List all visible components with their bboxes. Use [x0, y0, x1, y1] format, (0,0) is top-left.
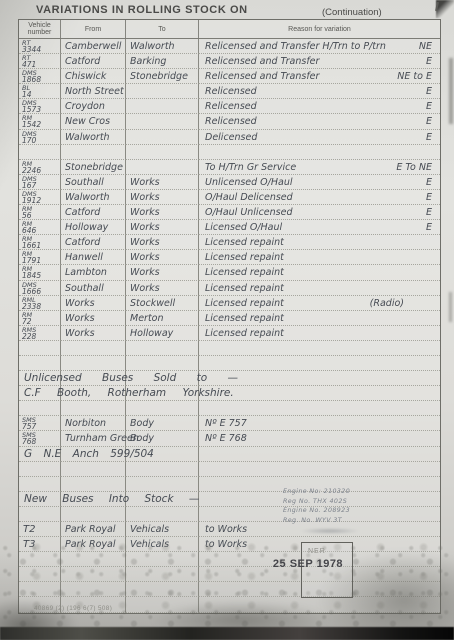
from-text: Southall	[61, 175, 125, 190]
from-text: Catford	[61, 54, 125, 69]
to-cell: Works	[126, 190, 199, 205]
from-text: Camberwell	[61, 39, 125, 54]
reason-text: Unlicensed O/Haul	[199, 175, 440, 190]
reason-text: Relicensed and Transfer H/Trn to P/trn	[199, 39, 440, 54]
to-cell: Barking	[126, 54, 199, 69]
from-cell: Catford	[61, 205, 126, 220]
table-row: DMS167SouthallWorksUnlicensed O/HaulE	[19, 175, 440, 190]
vehicle-cell	[19, 507, 61, 522]
vehicle-cell: SMS757	[19, 416, 61, 431]
reason-text: Relicensed	[199, 114, 440, 129]
operator-code-tag: E	[426, 130, 432, 145]
from-cell: Lambton	[61, 265, 126, 280]
vehicle-number: 167	[19, 182, 60, 190]
to-text: Walworth	[126, 39, 198, 54]
reason-cell	[199, 145, 440, 160]
vehicle-number: 1868	[19, 76, 60, 84]
vehicle-number: 646	[19, 227, 60, 235]
from-cell	[61, 462, 126, 477]
page-title: VARIATIONS IN ROLLING STOCK ON	[36, 4, 248, 16]
vehicle-cell: DMS1666	[19, 281, 61, 296]
table-row: DMS170WalworthDelicensedE	[19, 130, 440, 145]
reason-text: Licensed repaint	[199, 250, 440, 265]
from-text: Southall	[61, 281, 125, 296]
vehicle-number: 757	[19, 423, 60, 431]
vehicle-cell	[19, 145, 61, 160]
engine-no-annotation: Engine No: 210320	[283, 487, 350, 497]
vehicle-number: T2	[19, 522, 60, 537]
vehicle-cell: RM1542	[19, 114, 61, 129]
table-row: RT471CatfordBarkingRelicensed and Transf…	[19, 54, 440, 69]
to-cell	[126, 401, 199, 416]
table-row: RM56CatfordWorksO/Haul UnlicensedE	[19, 205, 440, 220]
engine-no-annotation: Engine No. 208923	[283, 506, 350, 516]
reason-cell	[199, 341, 440, 356]
reason-text: Licensed repaint	[199, 311, 440, 326]
from-text: Norbiton	[61, 416, 125, 431]
operator-code-tag: E	[426, 220, 432, 235]
reason-cell: Licensed repaint	[199, 235, 440, 250]
to-text: Works	[126, 220, 198, 235]
form-print-code: 40869 (2) (196 6(7) 508)	[34, 605, 112, 612]
to-text: Body	[126, 416, 198, 431]
from-cell: Walworth	[61, 190, 126, 205]
scan-streak-right-edge	[449, 58, 453, 124]
reg-no-annotation: Reg No. THX 402S	[283, 497, 350, 507]
table-row: RM646HollowayWorksLicensed O/HaulE	[19, 220, 440, 235]
from-cell: Catford	[61, 54, 126, 69]
rolling-stock-table: Vehicle number From To Reason for variat…	[18, 19, 441, 614]
to-text: Holloway	[126, 326, 198, 341]
vehicle-number: 72	[19, 318, 60, 326]
vehicle-number: 1791	[19, 257, 60, 265]
from-cell	[61, 145, 126, 160]
vehicle-number: 56	[19, 212, 60, 220]
reason-cell: Licensed repaint	[199, 326, 440, 341]
reason-cell	[199, 462, 440, 477]
scan-streak-right-edge	[449, 292, 452, 322]
table-row: RM2246StonebridgeTo H/Trn Gr ServiceE To…	[19, 160, 440, 175]
from-cell: Park Royal	[61, 522, 126, 537]
from-cell	[61, 341, 126, 356]
vehicle-number: 3344	[19, 46, 60, 54]
from-cell: Southall	[61, 281, 126, 296]
from-cell	[61, 507, 126, 522]
reason-text: Relicensed	[199, 99, 440, 114]
vehicle-cell	[19, 401, 61, 416]
to-text: Body	[126, 431, 198, 446]
from-text: Works	[61, 296, 125, 311]
table-row: DMS1666SouthallWorksLicensed repaint	[19, 281, 440, 296]
operator-code-tag: E	[426, 190, 432, 205]
vehicle-number: 1542	[19, 121, 60, 129]
vehicle-number: 1912	[19, 197, 60, 205]
from-cell: Catford	[61, 235, 126, 250]
vehicle-number: 228	[19, 333, 60, 341]
to-text: Works	[126, 190, 198, 205]
to-cell: Works	[126, 235, 199, 250]
table-row: RMS228WorksHollowayLicensed repaint	[19, 326, 440, 341]
to-text: Stonebridge	[126, 69, 198, 84]
operator-code-tag: E	[426, 205, 432, 220]
reason-cell: Licensed repaint	[199, 281, 440, 296]
table-body: RT3344CamberwellWalworthRelicensed and T…	[19, 39, 440, 613]
from-text: Walworth	[61, 130, 125, 145]
reason-cell: DelicensedE	[199, 130, 440, 145]
from-cell: Walworth	[61, 130, 126, 145]
to-cell	[126, 356, 199, 371]
vehicle-cell: DMS170	[19, 130, 61, 145]
table-row	[19, 145, 440, 160]
spanning-note-text: C.F Booth, Rotherham Yorkshire.	[24, 386, 234, 401]
from-cell: Turnham Green	[61, 431, 126, 446]
header-to: To	[126, 20, 199, 38]
to-cell: Vehicals	[126, 522, 199, 537]
faint-scribble-mark	[300, 528, 360, 534]
from-text: Catford	[61, 235, 125, 250]
vehicle-cell: T2	[19, 522, 61, 537]
vehicle-cell: RT471	[19, 54, 61, 69]
from-cell: Norbiton	[61, 416, 126, 431]
table-row	[19, 356, 440, 371]
from-cell: Works	[61, 326, 126, 341]
reason-cell: To H/Trn Gr ServiceE To NE	[199, 160, 440, 175]
vehicle-number: 1573	[19, 106, 60, 114]
vehicle-number: 2246	[19, 167, 60, 175]
table-row: RM1791HanwellWorksLicensed repaint	[19, 250, 440, 265]
reason-cell: Relicensed and TransferNE to E	[199, 69, 440, 84]
spanning-note-text: G N.E Anch 599/504	[24, 447, 154, 462]
from-cell: Works	[61, 296, 126, 311]
from-text: Holloway	[61, 220, 125, 235]
vehicle-cell: DMS1868	[19, 69, 61, 84]
table-row	[19, 341, 440, 356]
spanning-note-text: Unlicensed Buses Sold to —	[24, 371, 238, 386]
from-text: Hanwell	[61, 250, 125, 265]
from-cell	[61, 401, 126, 416]
table-row: RM1661CatfordWorksLicensed repaint	[19, 235, 440, 250]
table-row: DMS1912WalworthWorksO/Haul DelicensedE	[19, 190, 440, 205]
from-cell: Camberwell	[61, 39, 126, 54]
vehicle-cell: SMS768	[19, 431, 61, 446]
reason-cell: O/Haul DelicensedE	[199, 190, 440, 205]
operator-code-tag: E	[426, 54, 432, 69]
vehicle-cell: RM1661	[19, 235, 61, 250]
vehicle-number: 1845	[19, 272, 60, 280]
vehicle-cell: RMS228	[19, 326, 61, 341]
to-cell: Body	[126, 416, 199, 431]
to-cell: Body	[126, 431, 199, 446]
from-cell: North Street	[61, 84, 126, 99]
table-row: New Buses Into Stock —	[19, 492, 440, 507]
vehicle-cell: DMS1912	[19, 190, 61, 205]
table-row: C.F Booth, Rotherham Yorkshire.	[19, 386, 440, 401]
to-text: Works	[126, 281, 198, 296]
from-cell: Croydon	[61, 99, 126, 114]
to-cell: Stockwell	[126, 296, 199, 311]
reason-cell: RelicensedE	[199, 84, 440, 99]
from-cell: Holloway	[61, 220, 126, 235]
to-cell	[126, 160, 199, 175]
engine-reg-annotations: Engine No: 210320 Reg No. THX 402S Engin…	[283, 487, 350, 525]
reason-cell: Licensed repaint(Radio)	[199, 296, 440, 311]
reason-cell: Nº E 768	[199, 431, 440, 446]
reason-cell	[199, 447, 440, 462]
operator-code-tag: NE to E	[397, 69, 432, 84]
to-text: Works	[126, 265, 198, 280]
from-text: Works	[61, 311, 125, 326]
vehicle-cell	[19, 341, 61, 356]
reason-text: Licensed repaint	[199, 281, 440, 296]
vehicle-cell: RT3344	[19, 39, 61, 54]
to-cell	[126, 341, 199, 356]
vehicle-cell: RM646	[19, 220, 61, 235]
to-text: Works	[126, 175, 198, 190]
from-cell: Chiswick	[61, 69, 126, 84]
vehicle-cell: RML2338	[19, 296, 61, 311]
reason-text: Relicensed and Transfer	[199, 54, 440, 69]
reason-cell	[199, 356, 440, 371]
vehicle-cell: DMS167	[19, 175, 61, 190]
vehicle-number: 1661	[19, 242, 60, 250]
header-reason: Reason for variation	[199, 20, 440, 38]
reason-cell: Unlicensed O/HaulE	[199, 175, 440, 190]
table-row: DMS1573CroydonRelicensedE	[19, 99, 440, 114]
reason-cell	[199, 401, 440, 416]
reason-cell: Licensed O/HaulE	[199, 220, 440, 235]
operator-code-tag: E To NE	[396, 160, 432, 175]
reason-text: Relicensed	[199, 84, 440, 99]
reason-cell: Relicensed and Transfer H/Trn to P/trnNE	[199, 39, 440, 54]
table-row: T2Park RoyalVehicalsto Works	[19, 522, 440, 537]
operator-code-tag: E	[426, 99, 432, 114]
reason-text: O/Haul Unlicensed	[199, 205, 440, 220]
table-row	[19, 462, 440, 477]
from-cell	[61, 356, 126, 371]
from-text: Lambton	[61, 265, 125, 280]
table-header-row: Vehicle number From To Reason for variat…	[19, 20, 440, 39]
continuation-label: (Continuation)	[322, 7, 382, 18]
to-text: Vehicals	[126, 522, 198, 537]
to-text: Works	[126, 250, 198, 265]
from-text: Croydon	[61, 99, 125, 114]
from-cell: Hanwell	[61, 250, 126, 265]
reason-cell: RelicensedE	[199, 99, 440, 114]
table-row	[19, 401, 440, 416]
header-from: From	[61, 20, 126, 38]
table-row: SMS757NorbitonBodyNº E 757	[19, 416, 440, 431]
table-row: RML2338WorksStockwellLicensed repaint(Ra…	[19, 296, 440, 311]
to-cell: Works	[126, 265, 199, 280]
to-cell: Works	[126, 250, 199, 265]
table-row	[19, 507, 440, 522]
from-cell: Southall	[61, 175, 126, 190]
from-text: New Cros	[61, 114, 125, 129]
table-row: Unlicensed Buses Sold to —	[19, 371, 440, 386]
date-stamp-partial-text: NER	[308, 548, 326, 555]
to-cell: Walworth	[126, 39, 199, 54]
from-text: Chiswick	[61, 69, 125, 84]
to-text: Merton	[126, 311, 198, 326]
reg-no-annotation: Reg. No. WYV 3T	[283, 516, 350, 526]
from-cell: Works	[61, 311, 126, 326]
table-row: DMS1868ChiswickStonebridgeRelicensed and…	[19, 69, 440, 84]
reason-cell: RelicensedE	[199, 114, 440, 129]
vehicle-number: 768	[19, 438, 60, 446]
table-row: RM1542New CrosRelicensedE	[19, 114, 440, 129]
to-cell	[126, 507, 199, 522]
from-text: Works	[61, 326, 125, 341]
reason-cell: O/Haul UnlicensedE	[199, 205, 440, 220]
table-row: SMS768Turnham GreenBodyNº E 768	[19, 431, 440, 446]
to-text: Works	[126, 235, 198, 250]
to-cell	[126, 130, 199, 145]
vehicle-number: 14	[19, 91, 60, 99]
from-cell	[61, 477, 126, 492]
to-cell: Stonebridge	[126, 69, 199, 84]
reason-text: Licensed repaint	[199, 265, 440, 280]
operator-code-tag: E	[426, 114, 432, 129]
reason-cell: Nº E 757	[199, 416, 440, 431]
reason-text: Nº E 768	[199, 431, 440, 446]
to-cell: Holloway	[126, 326, 199, 341]
reason-text: Licensed repaint	[199, 235, 440, 250]
reason-cell: Licensed repaint	[199, 311, 440, 326]
reason-cell: Licensed repaint	[199, 265, 440, 280]
scanned-document-page: VARIATIONS IN ROLLING STOCK ON (Continua…	[0, 0, 454, 640]
table-row: RT3344CamberwellWalworthRelicensed and T…	[19, 39, 440, 54]
vehicle-cell: RM2246	[19, 160, 61, 175]
reason-text: O/Haul Delicensed	[199, 190, 440, 205]
vehicle-number: 170	[19, 137, 60, 145]
vehicle-cell: BL14	[19, 84, 61, 99]
to-cell	[126, 99, 199, 114]
from-text: Park Royal	[61, 522, 125, 537]
reason-text: Licensed O/Haul	[199, 220, 440, 235]
to-cell: Works	[126, 220, 199, 235]
vehicle-cell	[19, 462, 61, 477]
to-text: Barking	[126, 54, 198, 69]
to-text: Stockwell	[126, 296, 198, 311]
reason-cell: Relicensed and TransferE	[199, 54, 440, 69]
reason-note: (Radio)	[370, 296, 404, 311]
scan-dark-bottom-band	[0, 627, 454, 640]
from-text: North Street	[61, 84, 125, 99]
from-cell: New Cros	[61, 114, 126, 129]
vehicle-cell: RM72	[19, 311, 61, 326]
reason-text: Delicensed	[199, 130, 440, 145]
to-text: Works	[126, 205, 198, 220]
header-vehicle-number: Vehicle number	[19, 20, 61, 38]
vehicle-cell: RM1845	[19, 265, 61, 280]
to-cell: Merton	[126, 311, 199, 326]
vehicle-cell: RM56	[19, 205, 61, 220]
table-row	[19, 477, 440, 492]
reason-cell: Licensed repaint	[199, 250, 440, 265]
vehicle-cell: RM1791	[19, 250, 61, 265]
reason-text: Nº E 757	[199, 416, 440, 431]
reason-text: Licensed repaint	[199, 326, 440, 341]
reason-cell	[199, 386, 440, 401]
vehicle-cell	[19, 477, 61, 492]
spanning-note-text: New Buses Into Stock —	[24, 492, 199, 507]
table-row: BL14North StreetRelicensedE	[19, 84, 440, 99]
vehicle-cell: DMS1573	[19, 99, 61, 114]
to-cell: Works	[126, 281, 199, 296]
operator-code-tag: E	[426, 175, 432, 190]
date-stamp: 25 SEP 1978	[258, 558, 358, 570]
operator-code-tag: NE	[419, 39, 432, 54]
to-cell	[126, 477, 199, 492]
from-text: Walworth	[61, 190, 125, 205]
vehicle-number: 2338	[19, 303, 60, 311]
table-row: G N.E Anch 599/504	[19, 447, 440, 462]
table-row: RM72WorksMertonLicensed repaint	[19, 311, 440, 326]
to-cell	[126, 114, 199, 129]
from-cell: Stonebridge	[61, 160, 126, 175]
vehicle-cell	[19, 356, 61, 371]
table-row: RM1845LambtonWorksLicensed repaint	[19, 265, 440, 280]
vehicle-number: 1666	[19, 288, 60, 296]
to-cell	[126, 145, 199, 160]
to-cell: Works	[126, 175, 199, 190]
to-cell	[126, 84, 199, 99]
vehicle-number: 471	[19, 61, 60, 69]
from-text: Stonebridge	[61, 160, 125, 175]
from-text: Catford	[61, 205, 125, 220]
to-cell: Works	[126, 205, 199, 220]
to-cell	[126, 462, 199, 477]
operator-code-tag: E	[426, 84, 432, 99]
from-text: Turnham Green	[61, 431, 125, 446]
